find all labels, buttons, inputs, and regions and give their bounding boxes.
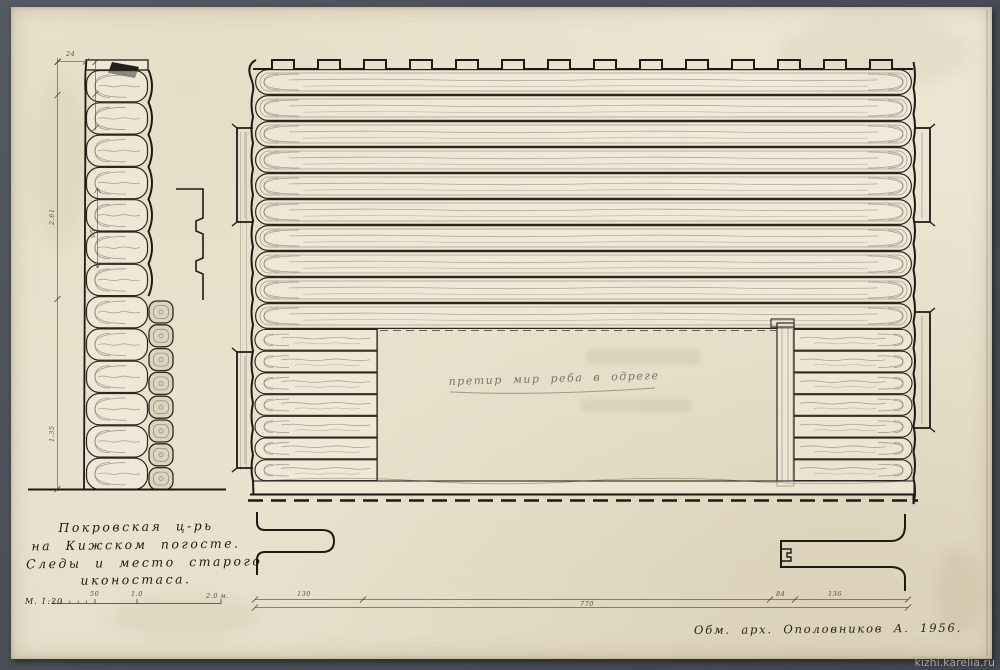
dim-130: 130 bbox=[297, 590, 311, 598]
surveyor-signature: Обм. арх. Ополовников А. 1956. bbox=[694, 621, 926, 637]
scale-tick-2m: 2.0 м. bbox=[206, 592, 229, 600]
paper-stain bbox=[111, 597, 261, 637]
title-line-4: иконостаса. bbox=[30, 571, 242, 589]
scale-tick-1m: 1.0 bbox=[131, 590, 143, 598]
paper-stain bbox=[781, 17, 971, 87]
scale-tick-50: 50 bbox=[90, 590, 99, 598]
title-line-1: Покровская ц-рь bbox=[30, 518, 242, 536]
dim-top-24: 24 bbox=[66, 50, 75, 58]
dim-h-261: 2.61 bbox=[48, 209, 56, 225]
title-line-2: на Кижском погосте. bbox=[30, 536, 242, 554]
dim-136: 136 bbox=[828, 590, 842, 598]
scan-background: Покровская ц-рь на Кижском погосте. След… bbox=[0, 0, 1000, 670]
dim-84: 84 bbox=[776, 590, 785, 598]
title-line-3: Следы и место старого bbox=[26, 554, 238, 572]
ink-bleed-smudge bbox=[586, 349, 701, 365]
watermark: kizhi.karelia.ru bbox=[910, 655, 999, 670]
dim-h-135: 1.35 bbox=[48, 426, 56, 442]
dim-mid-95: 95 bbox=[89, 229, 97, 238]
scale-label: М. 1:20 bbox=[25, 597, 63, 606]
dim-770: 770 bbox=[580, 600, 594, 608]
ink-bleed-smudge bbox=[581, 399, 691, 412]
paper-stain bbox=[31, 77, 86, 247]
